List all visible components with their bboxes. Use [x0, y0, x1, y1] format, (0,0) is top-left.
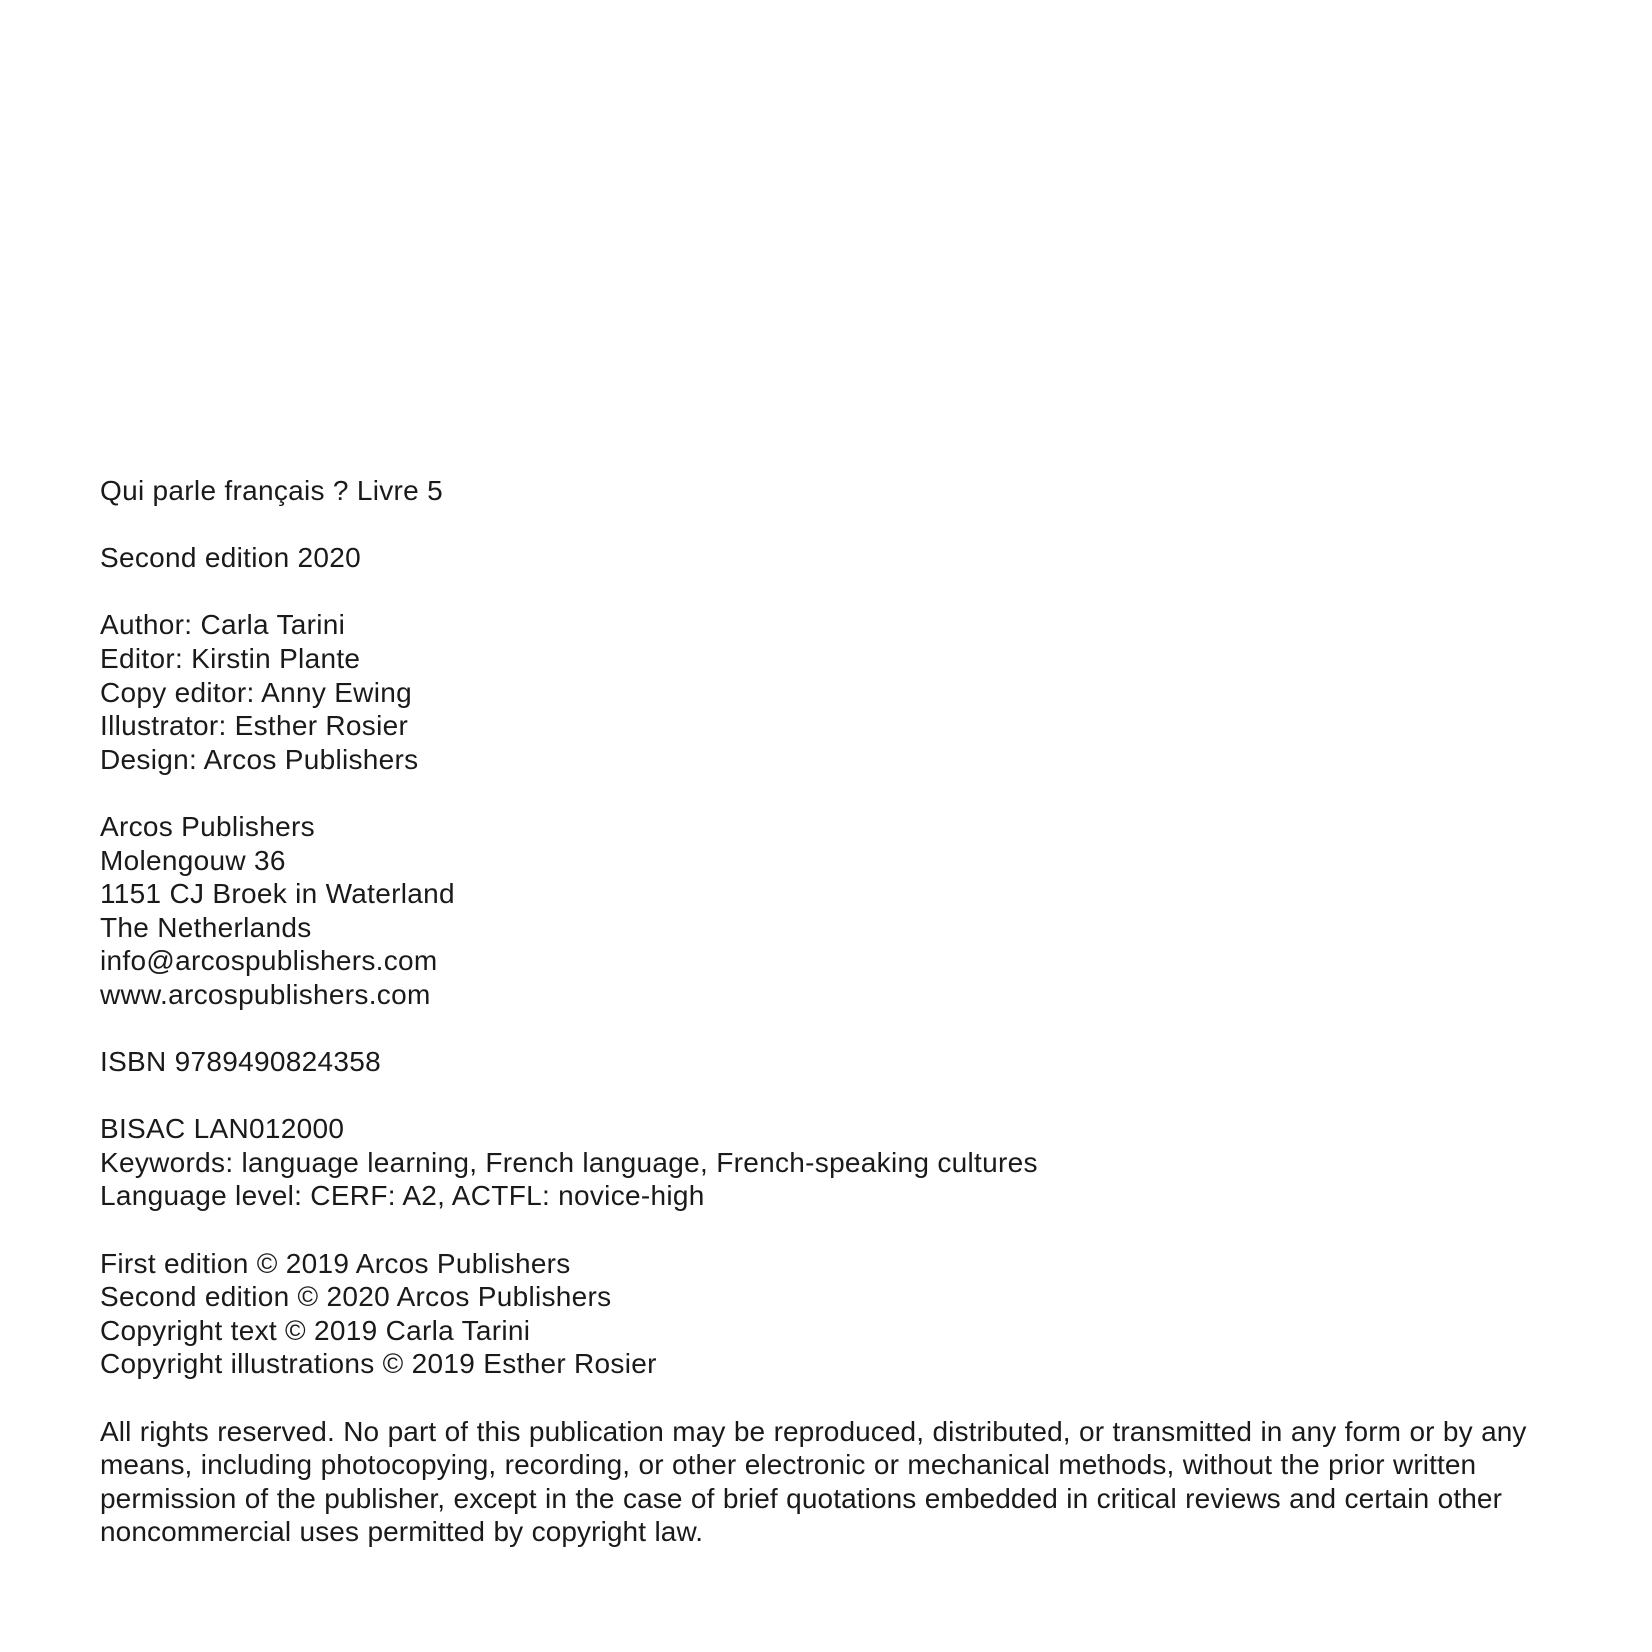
keywords-line: Keywords: language learning, French lang…	[100, 1146, 1560, 1180]
credit-editor: Editor: Kirstin Plante	[100, 642, 1560, 676]
book-title: Qui parle français ? Livre 5	[100, 474, 1560, 508]
edition-block: Second edition 2020	[100, 541, 1560, 575]
classification-block: BISAC LAN012000 Keywords: language learn…	[100, 1112, 1560, 1213]
rights-notice: All rights reserved. No part of this pub…	[100, 1415, 1550, 1549]
publisher-street: Molengouw 36	[100, 844, 1560, 878]
publisher-email: info@arcospublishers.com	[100, 944, 1560, 978]
publisher-city: 1151 CJ Broek in Waterland	[100, 877, 1560, 911]
copyright-first-edition: First edition © 2019 Arcos Publishers	[100, 1247, 1560, 1281]
isbn-line: ISBN 9789490824358	[100, 1045, 1560, 1079]
copyright-text: Copyright text © 2019 Carla Tarini	[100, 1314, 1560, 1348]
language-level-line: Language level: CERF: A2, ACTFL: novice-…	[100, 1179, 1560, 1213]
bisac-line: BISAC LAN012000	[100, 1112, 1560, 1146]
publisher-address-block: Arcos Publishers Molengouw 36 1151 CJ Br…	[100, 810, 1560, 1012]
copyright-illustrations: Copyright illustrations © 2019 Esther Ro…	[100, 1347, 1560, 1381]
credits-block: Author: Carla Tarini Editor: Kirstin Pla…	[100, 608, 1560, 776]
credit-copy-editor: Copy editor: Anny Ewing	[100, 676, 1560, 710]
credit-author: Author: Carla Tarini	[100, 608, 1560, 642]
copyright-block: First edition © 2019 Arcos Publishers Se…	[100, 1247, 1560, 1381]
isbn-block: ISBN 9789490824358	[100, 1045, 1560, 1079]
colophon: Qui parle français ? Livre 5 Second edit…	[100, 474, 1560, 1583]
publisher-country: The Netherlands	[100, 911, 1560, 945]
copyright-second-edition: Second edition © 2020 Arcos Publishers	[100, 1280, 1560, 1314]
copyright-page: Qui parle français ? Livre 5 Second edit…	[0, 0, 1652, 1652]
edition-line: Second edition 2020	[100, 541, 1560, 575]
credit-design: Design: Arcos Publishers	[100, 743, 1560, 777]
title-block: Qui parle français ? Livre 5	[100, 474, 1560, 508]
publisher-website: www.arcospublishers.com	[100, 978, 1560, 1012]
publisher-name: Arcos Publishers	[100, 810, 1560, 844]
credit-illustrator: Illustrator: Esther Rosier	[100, 709, 1560, 743]
rights-block: All rights reserved. No part of this pub…	[100, 1415, 1560, 1549]
